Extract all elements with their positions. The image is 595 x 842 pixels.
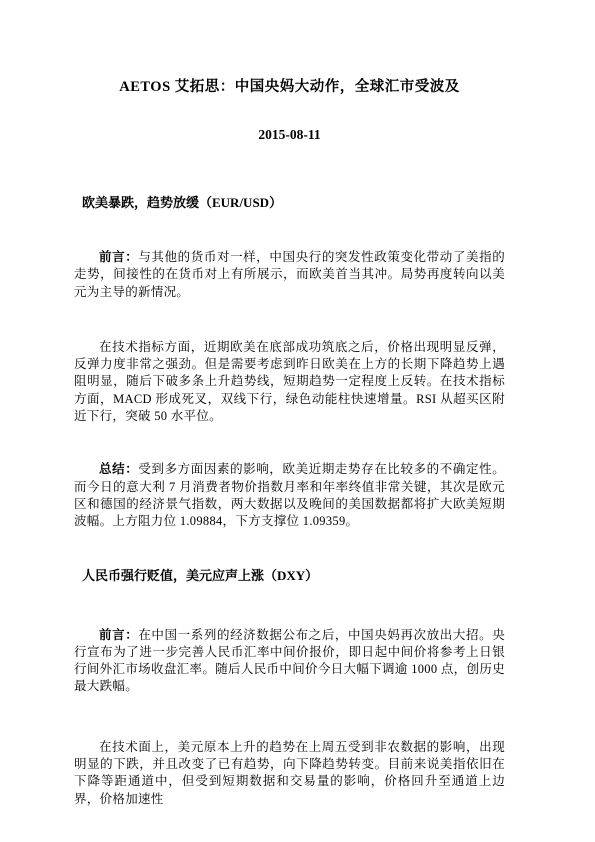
paragraph-text: 在技术面上，美元原本上升的趋势在上周五受到非农数据的影响，出现明显的下跌，并且改… <box>74 740 505 806</box>
paragraph-dxy-technical: 在技术面上，美元原本上升的趋势在上周五受到非农数据的影响，出现明显的下跌，并且改… <box>74 739 505 808</box>
document-content: AETOS 艾拓思：中国央妈大动作，全球汇市受波及 2015-08-11 欧美暴… <box>74 0 505 808</box>
paragraph-text: 与其他的货币对一样，中国央行的突发性政策变化带动了美指的走势，间接性的在货币对上… <box>74 250 505 299</box>
paragraph-dxy-intro: 前言：在中国一系列的经济数据公布之后，中国央妈再次放出大招。央行宣布为了进一步完… <box>74 627 505 696</box>
section-heading-dxy: 人民币强行贬值，美元应声上涨（DXY） <box>82 568 505 583</box>
section-heading-eurusd: 欧美暴跌，趋势放缓（EUR/USD） <box>82 195 505 210</box>
document-date: 2015-08-11 <box>74 126 505 144</box>
document-page: AETOS 艾拓思：中国央妈大动作，全球汇市受波及 2015-08-11 欧美暴… <box>0 0 595 842</box>
paragraph-eurusd-technical: 在技术指标方面，近期欧美在底部成功筑底之后，价格出现明显反弹，反弹力度非常之强劲… <box>74 339 505 425</box>
paragraph-text: 在技术指标方面，近期欧美在底部成功筑底之后，价格出现明显反弹，反弹力度非常之强劲… <box>74 340 505 423</box>
paragraph-lead: 总结： <box>99 462 138 476</box>
paragraph-eurusd-intro: 前言：与其他的货币对一样，中国央行的突发性政策变化带动了美指的走势，间接性的在货… <box>74 249 505 301</box>
paragraph-eurusd-summary: 总结：受到多方面因素的影响，欧美近期走势存在比较多的不确定性。而今日的意大利 7… <box>74 461 505 530</box>
document-title: AETOS 艾拓思：中国央妈大动作，全球汇市受波及 <box>74 78 505 97</box>
paragraph-text: 在中国一系列的经济数据公布之后，中国央妈再次放出大招。央行宣布为了进一步完善人民… <box>74 628 505 694</box>
paragraph-text: 受到多方面因素的影响，欧美近期走势存在比较多的不确定性。而今日的意大利 7 月消… <box>74 462 505 528</box>
paragraph-lead: 前言： <box>99 628 138 642</box>
paragraph-lead: 前言： <box>99 250 138 264</box>
